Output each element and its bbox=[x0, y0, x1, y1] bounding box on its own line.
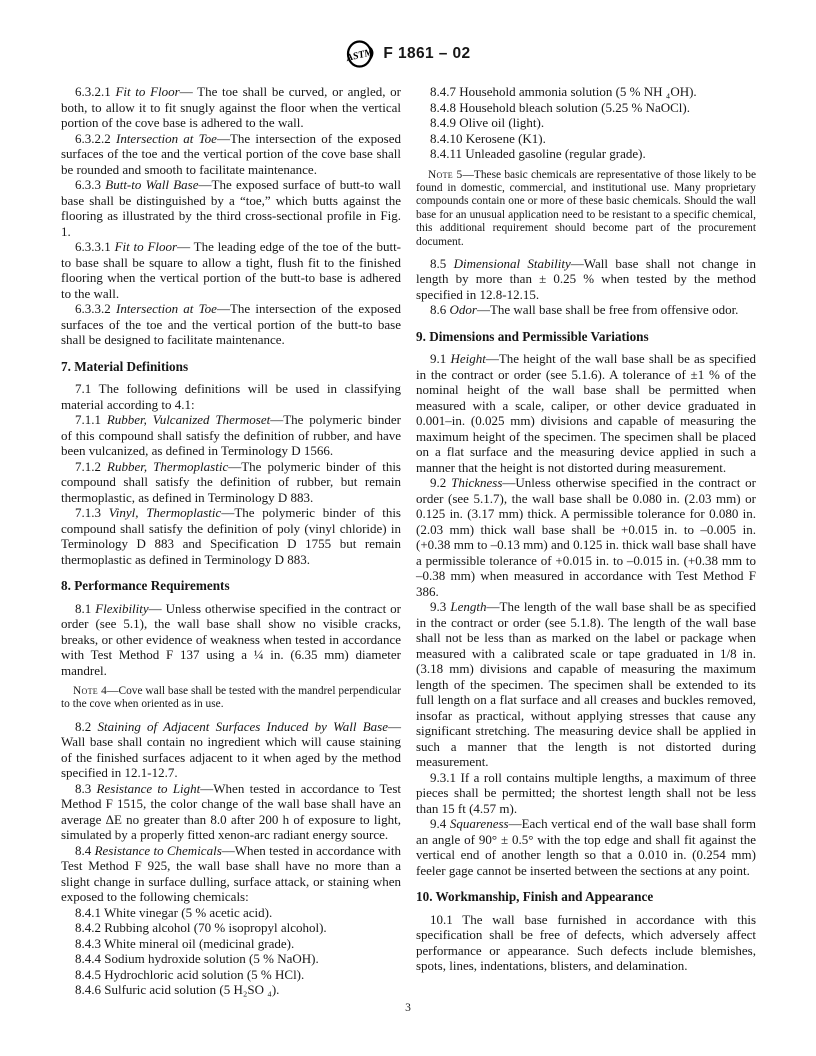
section-number: 8.4.1 bbox=[75, 905, 104, 920]
left-column: 6.3.2.1 Fit to Floor— The toe shall be c… bbox=[61, 84, 401, 998]
paragraph: 7.1.1 Rubber, Vulcanized Thermoset—The p… bbox=[61, 412, 401, 459]
paragraph: 8.4.5 Hydrochloric acid solution (5 % HC… bbox=[61, 967, 401, 983]
astm-logo-icon: ASTM bbox=[346, 40, 376, 68]
paragraph: 8.3 Resistance to Light—When tested in a… bbox=[61, 781, 401, 843]
paragraph: 9.1 Height—The height of the wall base s… bbox=[416, 351, 756, 475]
term-italic: Resistance to Light bbox=[97, 781, 201, 796]
term-italic: Resistance to Chemicals bbox=[95, 843, 222, 858]
paragraph: 6.3.3.2 Intersection at Toe—The intersec… bbox=[61, 301, 401, 348]
paragraph: 7.1.2 Rubber, Thermoplastic—The polymeri… bbox=[61, 459, 401, 506]
note-label: Note 4 bbox=[73, 685, 107, 697]
paragraph: 8.6 Odor—The wall base shall be free fro… bbox=[416, 302, 756, 318]
paragraph: 8.4.1 White vinegar (5 % acetic acid). bbox=[61, 905, 401, 921]
document-header: ASTM F 1861 – 02 bbox=[61, 40, 756, 68]
section-number: 6.3.2.1 bbox=[75, 84, 115, 99]
section-number: 7.1 bbox=[75, 381, 99, 396]
term-italic: Vinyl, Thermoplastic bbox=[109, 505, 222, 520]
note-paragraph: Note 5—These basic chemicals are represe… bbox=[416, 169, 756, 249]
paragraph: 8.4 Resistance to Chemicals—When tested … bbox=[61, 843, 401, 905]
paragraph: 8.5 Dimensional Stability—Wall base shal… bbox=[416, 256, 756, 303]
document-page: ASTM F 1861 – 02 6.3.2.1 Fit to Floor— T… bbox=[0, 0, 816, 1056]
section-number: 8.4 bbox=[75, 843, 95, 858]
paragraph: 7.1.3 Vinyl, Thermoplastic—The polymeric… bbox=[61, 505, 401, 567]
section-number: 10.1 bbox=[430, 912, 462, 927]
paragraph: 6.3.2.2 Intersection at Toe—The intersec… bbox=[61, 131, 401, 178]
svg-text:ASTM: ASTM bbox=[346, 47, 375, 65]
paragraph: 8.4.2 Rubbing alcohol (70 % isopropyl al… bbox=[61, 920, 401, 936]
section-number: 9.4 bbox=[430, 816, 450, 831]
section-number: 9.3 bbox=[430, 599, 450, 614]
paragraph: 8.1 Flexibility— Unless otherwise specif… bbox=[61, 601, 401, 679]
section-heading: 7. Material Definitions bbox=[61, 359, 401, 375]
paragraph: 8.4.6 Sulfuric acid solution (5 H₂SO ₄). bbox=[61, 982, 401, 998]
term-italic: Odor bbox=[450, 302, 477, 317]
section-number: 8.4.9 bbox=[430, 115, 459, 130]
term-italic: Staining of Adjacent Surfaces Induced by… bbox=[97, 719, 388, 734]
paragraph: 6.3.3.1 Fit to Floor— The leading edge o… bbox=[61, 239, 401, 301]
term-italic: Squareness bbox=[450, 816, 509, 831]
term-italic: Flexibility bbox=[95, 601, 148, 616]
section-number: 8.4.6 bbox=[75, 982, 104, 997]
paragraph: 8.4.4 Sodium hydroxide solution (5 % NaO… bbox=[61, 951, 401, 967]
note-paragraph: Note 4—Cove wall base shall be tested wi… bbox=[61, 685, 401, 712]
section-number: 6.3.3.1 bbox=[75, 239, 115, 254]
section-heading: 8. Performance Requirements bbox=[61, 578, 401, 594]
section-number: 6.3.3.2 bbox=[75, 301, 116, 316]
paragraph: 8.2 Staining of Adjacent Surfaces Induce… bbox=[61, 719, 401, 781]
term-italic: Thickness bbox=[451, 475, 502, 490]
right-column: 8.4.7 Household ammonia solution (5 % NH… bbox=[416, 84, 756, 998]
paragraph: 8.4.9 Olive oil (light). bbox=[416, 115, 756, 131]
section-number: 7.1.3 bbox=[75, 505, 109, 520]
term-italic: Height bbox=[450, 351, 485, 366]
section-number: 8.4.3 bbox=[75, 936, 104, 951]
term-italic: Butt-to Wall Base bbox=[105, 177, 198, 192]
term-italic: Dimensional Stability bbox=[454, 256, 571, 271]
section-number: 7.1.1 bbox=[75, 412, 107, 427]
section-number: 8.5 bbox=[430, 256, 454, 271]
term-italic: Fit to Floor bbox=[115, 239, 178, 254]
section-heading: 10. Workmanship, Finish and Appearance bbox=[416, 889, 756, 905]
section-number: 8.3 bbox=[75, 781, 97, 796]
section-number: 6.3.2.2 bbox=[75, 131, 116, 146]
section-number: 8.2 bbox=[75, 719, 97, 734]
section-number: 9.1 bbox=[430, 351, 450, 366]
term-italic: Rubber, Vulcanized Thermoset bbox=[107, 412, 270, 427]
section-number: 8.4.7 bbox=[430, 84, 459, 99]
section-number: 8.4.2 bbox=[75, 920, 104, 935]
term-italic: Length bbox=[450, 599, 486, 614]
section-number: 8.4.4 bbox=[75, 951, 104, 966]
term-italic: Rubber, Thermoplastic bbox=[107, 459, 228, 474]
section-number: 6.3.3 bbox=[75, 177, 105, 192]
section-number: 8.4.11 bbox=[430, 146, 465, 161]
page-number: 3 bbox=[0, 1002, 816, 1014]
section-number: 8.4.10 bbox=[430, 131, 466, 146]
doc-number: F 1861 – 02 bbox=[383, 45, 470, 63]
paragraph: 10.1 The wall base furnished in accordan… bbox=[416, 912, 756, 974]
section-number: 8.6 bbox=[430, 302, 450, 317]
term-italic: Intersection at Toe bbox=[116, 131, 217, 146]
paragraph: 8.4.10 Kerosene (K1). bbox=[416, 131, 756, 147]
section-number: 8.4.8 bbox=[430, 100, 459, 115]
section-number: 8.4.5 bbox=[75, 967, 104, 982]
paragraph: 8.4.11 Unleaded gasoline (regular grade)… bbox=[416, 146, 756, 162]
paragraph: 8.4.3 White mineral oil (medicinal grade… bbox=[61, 936, 401, 952]
term-italic: Intersection at Toe bbox=[116, 301, 217, 316]
term-italic: Fit to Floor bbox=[115, 84, 179, 99]
paragraph: 6.3.3 Butt-to Wall Base—The exposed surf… bbox=[61, 177, 401, 239]
note-label: Note 5 bbox=[428, 169, 463, 181]
section-heading: 9. Dimensions and Permissible Variations bbox=[416, 329, 756, 345]
paragraph: 9.4 Squareness—Each vertical end of the … bbox=[416, 816, 756, 878]
paragraph: 9.2 Thickness—Unless otherwise specified… bbox=[416, 475, 756, 599]
paragraph: 8.4.7 Household ammonia solution (5 % NH… bbox=[416, 84, 756, 100]
paragraph: 9.3 Length—The length of the wall base s… bbox=[416, 599, 756, 770]
section-number: 7.1.2 bbox=[75, 459, 107, 474]
section-number: 8.1 bbox=[75, 601, 95, 616]
paragraph: 7.1 The following definitions will be us… bbox=[61, 381, 401, 412]
paragraph: 6.3.2.1 Fit to Floor— The toe shall be c… bbox=[61, 84, 401, 131]
two-column-body: 6.3.2.1 Fit to Floor— The toe shall be c… bbox=[61, 84, 756, 998]
paragraph: 8.4.8 Household bleach solution (5.25 % … bbox=[416, 100, 756, 116]
section-number: 9.3.1 bbox=[430, 770, 460, 785]
section-number: 9.2 bbox=[430, 475, 451, 490]
paragraph: 9.3.1 If a roll contains multiple length… bbox=[416, 770, 756, 817]
